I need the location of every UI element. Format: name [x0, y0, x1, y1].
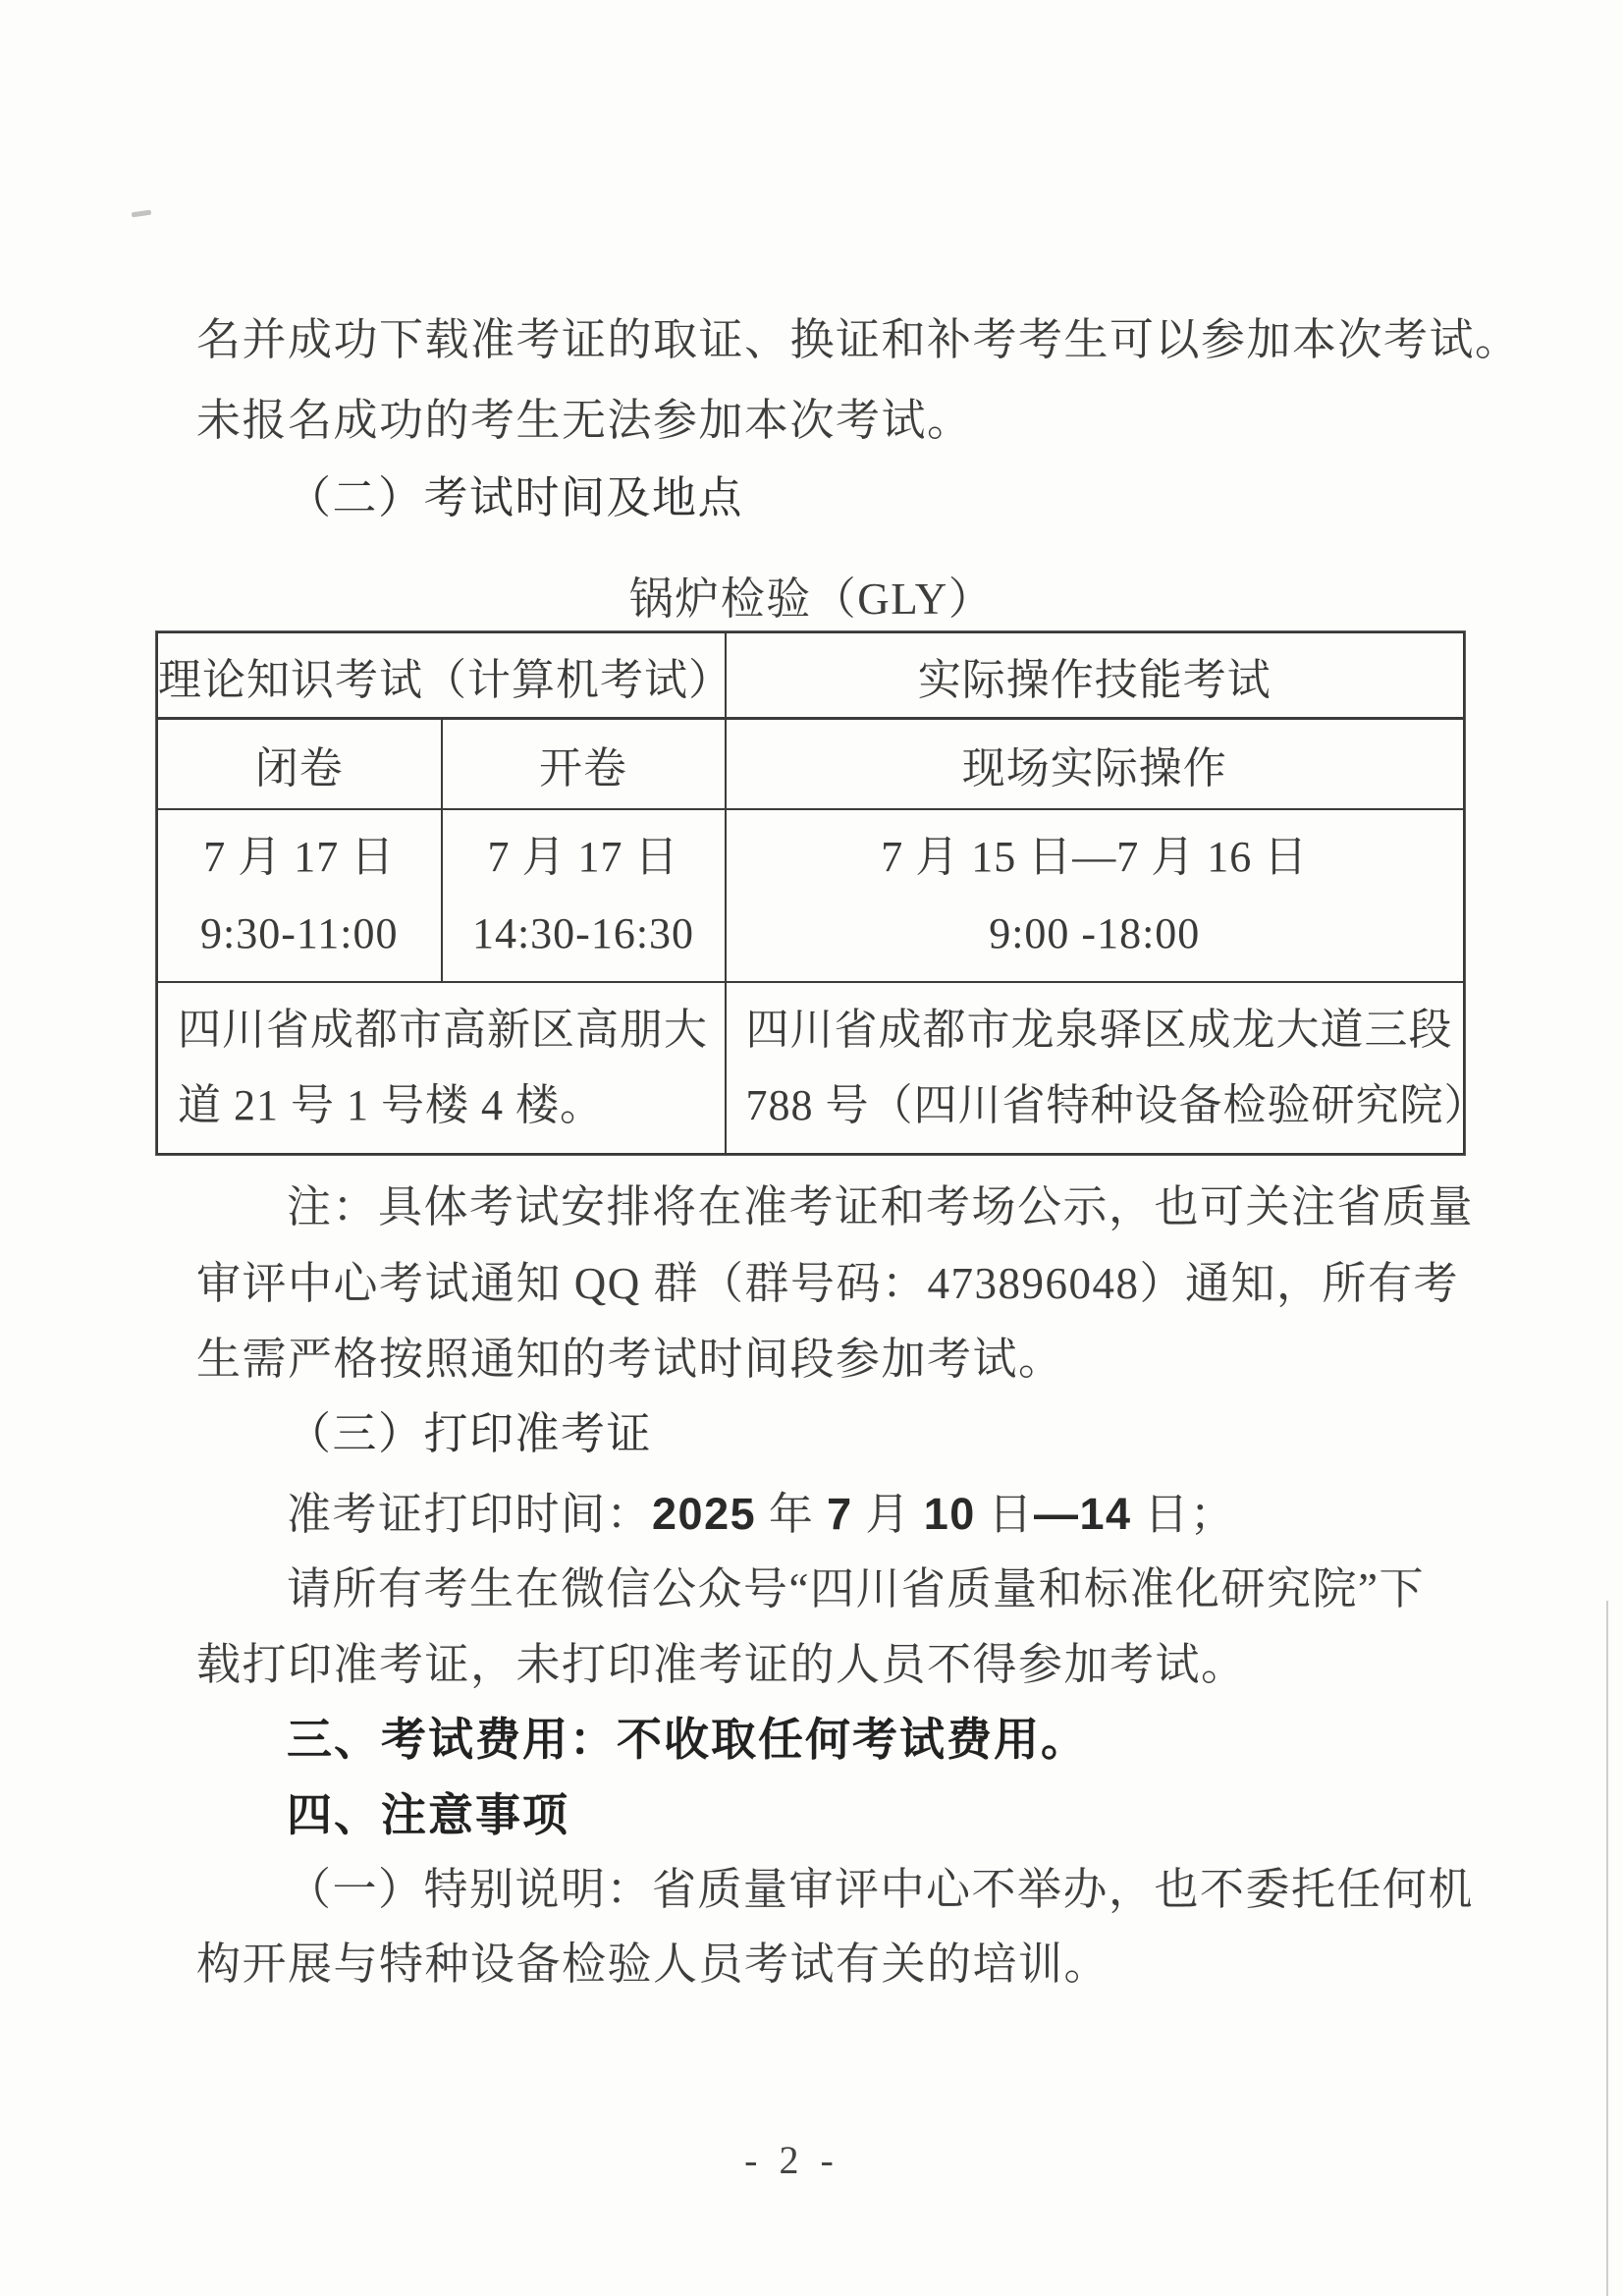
intro-line-2: 未报名成功的考生无法参加本次考试。: [196, 393, 973, 448]
onsite-time: 9:00 -18:00: [727, 896, 1464, 972]
note-line-3: 生需严格按照通知的考试时间段参加考试。: [196, 1332, 1064, 1387]
print-time-line: 准考证打印时间：2025 年 7 月 10 日—14 日；: [287, 1487, 1235, 1542]
section-three-heading: （三）打印准考证: [287, 1406, 652, 1461]
wechat-line-1: 请所有考生在微信公众号“四川省质量和标准化研究院”下: [287, 1561, 1425, 1616]
document-page: 名并成功下载准考证的取证、换证和补考考生可以参加本次考试。 未报名成功的考生无法…: [0, 0, 1623, 2296]
table-cell-theory-location: 四川省成都市高新区高朋大 道 21 号 1 号楼 4 楼。: [157, 982, 726, 1155]
theory-location-line-2: 道 21 号 1 号楼 4 楼。: [158, 1067, 725, 1143]
table-cell-open-book-label: 开卷: [442, 719, 726, 809]
open-book-date: 7 月 17 日: [443, 819, 725, 896]
table-cell-closed-book-label: 闭卷: [157, 719, 442, 809]
table-cell-theory-header: 理论知识考试（计算机考试）: [157, 632, 726, 719]
note-line-2: 审评中心考试通知 QQ 群（群号码：473896048）通知，所有考: [196, 1256, 1459, 1311]
scan-edge-line: [1606, 1601, 1608, 2296]
table-cell-practical-header: 实际操作技能考试: [726, 632, 1465, 719]
open-book-time: 14:30-16:30: [443, 896, 725, 972]
section-two-heading: （二）考试时间及地点: [287, 470, 743, 525]
onsite-location-line-2: 788 号（四川省特种设备检验研究院）。: [727, 1067, 1464, 1143]
table-cell-onsite-location: 四川省成都市龙泉驿区成龙大道三段 788 号（四川省特种设备检验研究院）。: [726, 982, 1465, 1155]
table-cell-onsite-schedule: 7 月 15 日—7 月 16 日 9:00 -18:00: [726, 809, 1465, 982]
onsite-location-line-1: 四川省成都市龙泉驿区成龙大道三段: [727, 992, 1464, 1067]
exam-schedule-table: 理论知识考试（计算机考试） 实际操作技能考试 闭卷 开卷 现场实际操作 7 月 …: [155, 630, 1466, 1156]
intro-line-1: 名并成功下载准考证的取证、换证和补考考生可以参加本次考试。: [196, 312, 1521, 367]
scan-artifact-mark: [132, 210, 152, 218]
note-line-1: 注：具体考试安排将在准考证和考场公示，也可关注省质量: [287, 1179, 1474, 1234]
notes-item1-line-2: 构开展与特种设备检验人员考试有关的培训。: [196, 1937, 1109, 1992]
table-cell-closed-book-schedule: 7 月 17 日 9:30-11:00: [157, 809, 442, 982]
onsite-date: 7 月 15 日—7 月 16 日: [727, 819, 1464, 896]
table-cell-onsite-label: 现场实际操作: [726, 719, 1465, 809]
closed-book-time: 9:30-11:00: [158, 896, 441, 972]
closed-book-date: 7 月 17 日: [158, 819, 441, 896]
page-number: - 2 -: [0, 2137, 1584, 2183]
theory-location-line-1: 四川省成都市高新区高朋大: [158, 992, 725, 1067]
wechat-line-2: 载打印准考证，未打印准考证的人员不得参加考试。: [196, 1637, 1247, 1692]
notes-item1-line-1: （一）特别说明：省质量审评中心不举办，也不委托任何机: [287, 1862, 1474, 1917]
section-notes-heading: 四、注意事项: [287, 1787, 569, 1842]
exam-table-title: 锅炉检验（GLY）: [0, 572, 1623, 627]
table-cell-open-book-schedule: 7 月 17 日 14:30-16:30: [442, 809, 726, 982]
section-fee-line: 三、考试费用：不收取任何考试费用。: [287, 1712, 1088, 1767]
